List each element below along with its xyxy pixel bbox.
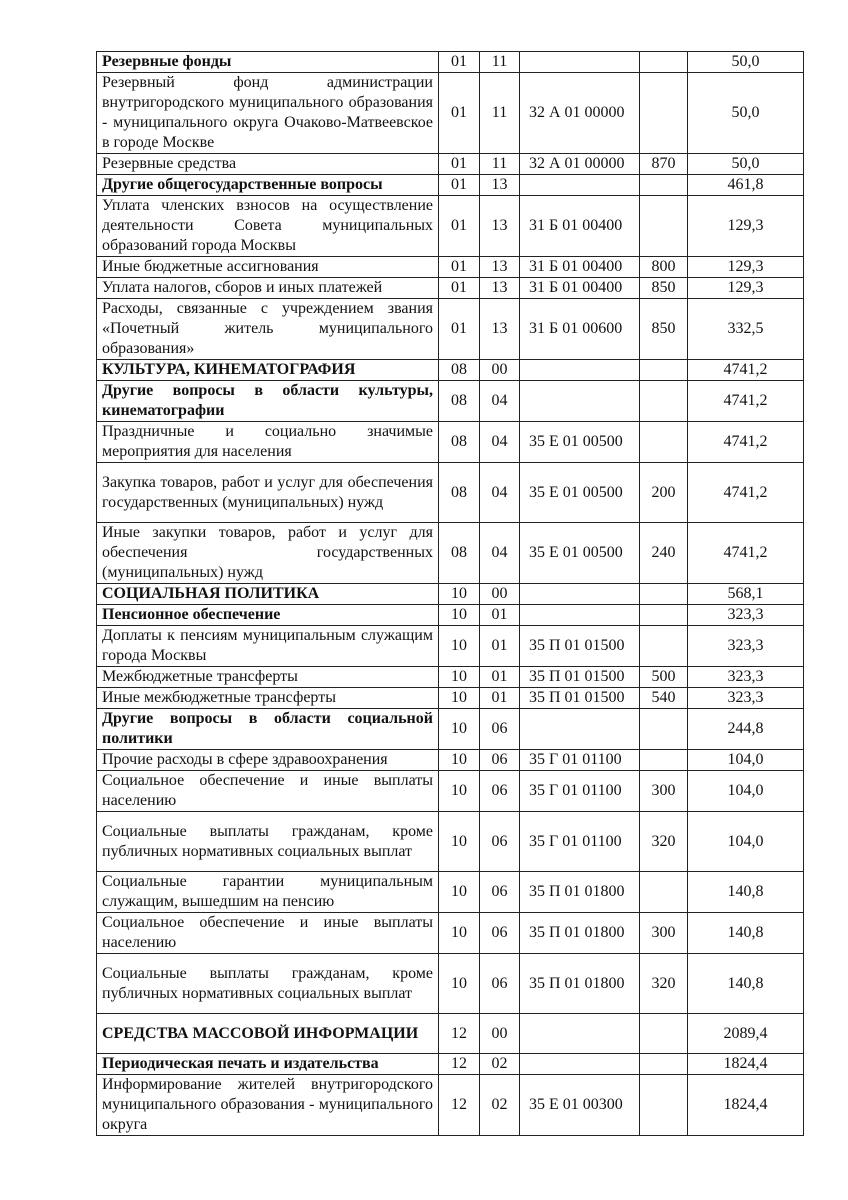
amount-cell: 50,0 xyxy=(688,154,804,175)
subsection-code-cell: 13 xyxy=(480,257,520,278)
section-code-cell: 01 xyxy=(439,175,480,196)
subsection-code-cell: 04 xyxy=(480,463,520,523)
target-article-cell xyxy=(520,175,640,196)
expense-name-cell: Уплата членских взносов на осуществление… xyxy=(97,196,439,257)
section-code-cell: 12 xyxy=(439,1014,480,1054)
section-code-cell: 12 xyxy=(439,1054,480,1075)
subsection-code-cell: 13 xyxy=(480,196,520,257)
section-code-cell: 01 xyxy=(439,257,480,278)
table-row: Периодическая печать и издательства 12 0… xyxy=(97,1054,804,1075)
section-code-cell: 10 xyxy=(439,954,480,1014)
expense-type-cell xyxy=(640,196,688,257)
target-article-cell: 35 Г 01 01100 xyxy=(520,750,640,771)
section-code-cell: 10 xyxy=(439,626,480,667)
amount-cell: 129,3 xyxy=(688,196,804,257)
table-row: Уплата членских взносов на осуществление… xyxy=(97,196,804,257)
expense-type-cell: 500 xyxy=(640,667,688,688)
section-code-cell: 01 xyxy=(439,154,480,175)
amount-cell: 4741,2 xyxy=(688,422,804,463)
target-article-cell xyxy=(520,709,640,750)
section-code-cell: 12 xyxy=(439,1075,480,1136)
subsection-code-cell: 01 xyxy=(480,688,520,709)
amount-cell: 129,3 xyxy=(688,257,804,278)
subsection-code-cell: 02 xyxy=(480,1075,520,1136)
subsection-code-cell: 06 xyxy=(480,913,520,954)
section-code-cell: 10 xyxy=(439,584,480,605)
expense-name-cell: Социальное обеспечение и иные выплаты на… xyxy=(97,913,439,954)
expense-type-cell: 320 xyxy=(640,954,688,1014)
expense-name-cell: Социальные выплаты гражданам, кроме публ… xyxy=(97,812,439,872)
amount-cell: 129,3 xyxy=(688,278,804,299)
section-code-cell: 08 xyxy=(439,381,480,422)
expense-type-cell: 540 xyxy=(640,688,688,709)
section-code-cell: 08 xyxy=(439,360,480,381)
subsection-code-cell: 00 xyxy=(480,584,520,605)
expense-name-cell: Социальное обеспечение и иные выплаты на… xyxy=(97,771,439,812)
amount-cell: 323,3 xyxy=(688,667,804,688)
target-article-cell: 35 Г 01 01100 xyxy=(520,771,640,812)
table-row: Резервные фонды 01 11 50,0 xyxy=(97,52,804,73)
amount-cell: 4741,2 xyxy=(688,360,804,381)
expense-name-cell: Периодическая печать и издательства xyxy=(97,1054,439,1075)
table-row: Социальные гарантии муниципальным служащ… xyxy=(97,872,804,913)
expense-name-cell: Иные межбюджетные трансферты xyxy=(97,688,439,709)
amount-cell: 461,8 xyxy=(688,175,804,196)
target-article-cell xyxy=(520,1054,640,1075)
amount-cell: 50,0 xyxy=(688,73,804,154)
amount-cell: 50,0 xyxy=(688,52,804,73)
target-article-cell xyxy=(520,381,640,422)
expense-name-cell: Праздничные и социально значимые меропри… xyxy=(97,422,439,463)
expense-name-cell: Другие вопросы в области культуры, кинем… xyxy=(97,381,439,422)
target-article-cell: 35 П 01 01800 xyxy=(520,913,640,954)
expense-type-cell xyxy=(640,709,688,750)
target-article-cell: 32 А 01 00000 xyxy=(520,73,640,154)
expense-name-cell: СРЕДСТВА МАССОВОЙ ИНФОРМАЦИИ xyxy=(97,1014,439,1054)
section-code-cell: 01 xyxy=(439,73,480,154)
subsection-code-cell: 13 xyxy=(480,175,520,196)
target-article-cell: 35 П 01 01800 xyxy=(520,872,640,913)
subsection-code-cell: 01 xyxy=(480,605,520,626)
expense-name-cell: Резервные фонды xyxy=(97,52,439,73)
target-article-cell: 35 Е 01 00500 xyxy=(520,463,640,523)
target-article-cell: 32 А 01 00000 xyxy=(520,154,640,175)
expense-name-cell: Межбюджетные трансферты xyxy=(97,667,439,688)
section-code-cell: 10 xyxy=(439,667,480,688)
expense-name-cell: Резервные средства xyxy=(97,154,439,175)
table-row: Иные закупки товаров, работ и услуг для … xyxy=(97,523,804,584)
table-row: Праздничные и социально значимые меропри… xyxy=(97,422,804,463)
subsection-code-cell: 06 xyxy=(480,872,520,913)
expense-type-cell: 800 xyxy=(640,257,688,278)
table-row: Социальные выплаты гражданам, кроме публ… xyxy=(97,954,804,1014)
section-code-cell: 10 xyxy=(439,688,480,709)
amount-cell: 568,1 xyxy=(688,584,804,605)
target-article-cell: 31 Б 01 00400 xyxy=(520,278,640,299)
amount-cell: 140,8 xyxy=(688,913,804,954)
expense-type-cell xyxy=(640,1054,688,1075)
table-row: КУЛЬТУРА, КИНЕМАТОГРАФИЯ 08 00 4741,2 xyxy=(97,360,804,381)
expense-name-cell: Другие вопросы в области социальной поли… xyxy=(97,709,439,750)
section-code-cell: 08 xyxy=(439,463,480,523)
section-code-cell: 08 xyxy=(439,422,480,463)
subsection-code-cell: 06 xyxy=(480,750,520,771)
expense-type-cell xyxy=(640,381,688,422)
expense-name-cell: КУЛЬТУРА, КИНЕМАТОГРАФИЯ xyxy=(97,360,439,381)
table-row: Социальные выплаты гражданам, кроме публ… xyxy=(97,812,804,872)
section-code-cell: 10 xyxy=(439,709,480,750)
amount-cell: 140,8 xyxy=(688,872,804,913)
expense-type-cell xyxy=(640,360,688,381)
target-article-cell: 31 Б 01 00600 xyxy=(520,299,640,360)
expense-type-cell: 300 xyxy=(640,913,688,954)
expense-type-cell xyxy=(640,52,688,73)
target-article-cell: 31 Б 01 00400 xyxy=(520,196,640,257)
expense-name-cell: Социальные выплаты гражданам, кроме публ… xyxy=(97,954,439,1014)
target-article-cell xyxy=(520,1014,640,1054)
budget-expenditure-table: Резервные фонды 01 11 50,0 Резервный фон… xyxy=(96,51,804,1136)
target-article-cell: 35 Г 01 01100 xyxy=(520,812,640,872)
table-row: Межбюджетные трансферты 10 01 35 П 01 01… xyxy=(97,667,804,688)
table-row: Социальное обеспечение и иные выплаты на… xyxy=(97,913,804,954)
subsection-code-cell: 11 xyxy=(480,73,520,154)
subsection-code-cell: 04 xyxy=(480,523,520,584)
subsection-code-cell: 13 xyxy=(480,299,520,360)
table-row: Другие общегосударственные вопросы 01 13… xyxy=(97,175,804,196)
table-row: Доплаты к пенсиям муниципальным служащим… xyxy=(97,626,804,667)
expense-name-cell: СОЦИАЛЬНАЯ ПОЛИТИКА xyxy=(97,584,439,605)
expense-name-cell: Уплата налогов, сборов и иных платежей xyxy=(97,278,439,299)
amount-cell: 2089,4 xyxy=(688,1014,804,1054)
table-row: Иные межбюджетные трансферты 10 01 35 П … xyxy=(97,688,804,709)
expense-type-cell xyxy=(640,872,688,913)
amount-cell: 1824,4 xyxy=(688,1075,804,1136)
table-row: Расходы, связанные с учреждением звания … xyxy=(97,299,804,360)
target-article-cell: 35 П 01 01800 xyxy=(520,954,640,1014)
section-code-cell: 01 xyxy=(439,299,480,360)
expense-type-cell: 320 xyxy=(640,812,688,872)
table-row: Информирование жителей внутригородского … xyxy=(97,1075,804,1136)
table-row: СРЕДСТВА МАССОВОЙ ИНФОРМАЦИИ 12 00 2089,… xyxy=(97,1014,804,1054)
expense-type-cell xyxy=(640,584,688,605)
expense-type-cell: 240 xyxy=(640,523,688,584)
amount-cell: 4741,2 xyxy=(688,463,804,523)
amount-cell: 104,0 xyxy=(688,812,804,872)
subsection-code-cell: 13 xyxy=(480,278,520,299)
expense-type-cell: 870 xyxy=(640,154,688,175)
section-code-cell: 01 xyxy=(439,196,480,257)
table-row: Резервный фонд администрации внутригород… xyxy=(97,73,804,154)
subsection-code-cell: 00 xyxy=(480,1014,520,1054)
table-row: Социальное обеспечение и иные выплаты на… xyxy=(97,771,804,812)
subsection-code-cell: 01 xyxy=(480,626,520,667)
amount-cell: 323,3 xyxy=(688,688,804,709)
target-article-cell: 35 П 01 01500 xyxy=(520,667,640,688)
target-article-cell xyxy=(520,584,640,605)
subsection-code-cell: 11 xyxy=(480,154,520,175)
subsection-code-cell: 06 xyxy=(480,812,520,872)
table-row: СОЦИАЛЬНАЯ ПОЛИТИКА 10 00 568,1 xyxy=(97,584,804,605)
amount-cell: 4741,2 xyxy=(688,523,804,584)
expense-type-cell: 300 xyxy=(640,771,688,812)
subsection-code-cell: 02 xyxy=(480,1054,520,1075)
expense-name-cell: Прочие расходы в сфере здравоохранения xyxy=(97,750,439,771)
subsection-code-cell: 11 xyxy=(480,52,520,73)
expense-name-cell: Информирование жителей внутригородского … xyxy=(97,1075,439,1136)
amount-cell: 140,8 xyxy=(688,954,804,1014)
expense-type-cell xyxy=(640,1014,688,1054)
subsection-code-cell: 04 xyxy=(480,381,520,422)
expense-name-cell: Расходы, связанные с учреждением звания … xyxy=(97,299,439,360)
expense-type-cell: 200 xyxy=(640,463,688,523)
expense-type-cell xyxy=(640,175,688,196)
table-row: Пенсионное обеспечение 10 01 323,3 xyxy=(97,605,804,626)
subsection-code-cell: 06 xyxy=(480,771,520,812)
table-row: Закупка товаров, работ и услуг для обесп… xyxy=(97,463,804,523)
target-article-cell xyxy=(520,360,640,381)
expense-type-cell xyxy=(640,626,688,667)
subsection-code-cell: 06 xyxy=(480,709,520,750)
table-row: Прочие расходы в сфере здравоохранения 1… xyxy=(97,750,804,771)
target-article-cell xyxy=(520,605,640,626)
expense-type-cell xyxy=(640,605,688,626)
table-row: Другие вопросы в области социальной поли… xyxy=(97,709,804,750)
table-row: Резервные средства 01 11 32 А 01 00000 8… xyxy=(97,154,804,175)
expense-name-cell: Доплаты к пенсиям муниципальным служащим… xyxy=(97,626,439,667)
amount-cell: 104,0 xyxy=(688,750,804,771)
expense-name-cell: Другие общегосударственные вопросы xyxy=(97,175,439,196)
expense-type-cell: 850 xyxy=(640,278,688,299)
section-code-cell: 10 xyxy=(439,812,480,872)
amount-cell: 1824,4 xyxy=(688,1054,804,1075)
expense-name-cell: Резервный фонд администрации внутригород… xyxy=(97,73,439,154)
table-row: Иные бюджетные ассигнования 01 13 31 Б 0… xyxy=(97,257,804,278)
amount-cell: 332,5 xyxy=(688,299,804,360)
amount-cell: 244,8 xyxy=(688,709,804,750)
expense-type-cell xyxy=(640,1075,688,1136)
table-row: Другие вопросы в области культуры, кинем… xyxy=(97,381,804,422)
subsection-code-cell: 04 xyxy=(480,422,520,463)
section-code-cell: 10 xyxy=(439,605,480,626)
section-code-cell: 10 xyxy=(439,771,480,812)
section-code-cell: 10 xyxy=(439,872,480,913)
target-article-cell xyxy=(520,52,640,73)
target-article-cell: 35 Е 01 00300 xyxy=(520,1075,640,1136)
expense-name-cell: Пенсионное обеспечение xyxy=(97,605,439,626)
amount-cell: 323,3 xyxy=(688,626,804,667)
subsection-code-cell: 06 xyxy=(480,954,520,1014)
expense-name-cell: Социальные гарантии муниципальным служащ… xyxy=(97,872,439,913)
amount-cell: 323,3 xyxy=(688,605,804,626)
section-code-cell: 10 xyxy=(439,913,480,954)
target-article-cell: 35 П 01 01500 xyxy=(520,626,640,667)
table-body: Резервные фонды 01 11 50,0 Резервный фон… xyxy=(97,52,804,1136)
expense-type-cell xyxy=(640,422,688,463)
subsection-code-cell: 00 xyxy=(480,360,520,381)
expense-type-cell xyxy=(640,750,688,771)
target-article-cell: 35 Е 01 00500 xyxy=(520,422,640,463)
expense-name-cell: Иные бюджетные ассигнования xyxy=(97,257,439,278)
subsection-code-cell: 01 xyxy=(480,667,520,688)
amount-cell: 4741,2 xyxy=(688,381,804,422)
section-code-cell: 01 xyxy=(439,278,480,299)
section-code-cell: 10 xyxy=(439,750,480,771)
section-code-cell: 01 xyxy=(439,52,480,73)
amount-cell: 104,0 xyxy=(688,771,804,812)
expense-type-cell xyxy=(640,73,688,154)
section-code-cell: 08 xyxy=(439,523,480,584)
target-article-cell: 35 П 01 01500 xyxy=(520,688,640,709)
target-article-cell: 31 Б 01 00400 xyxy=(520,257,640,278)
expense-type-cell: 850 xyxy=(640,299,688,360)
expense-name-cell: Закупка товаров, работ и услуг для обесп… xyxy=(97,463,439,523)
target-article-cell: 35 Е 01 00500 xyxy=(520,523,640,584)
expense-name-cell: Иные закупки товаров, работ и услуг для … xyxy=(97,523,439,584)
table-row: Уплата налогов, сборов и иных платежей 0… xyxy=(97,278,804,299)
